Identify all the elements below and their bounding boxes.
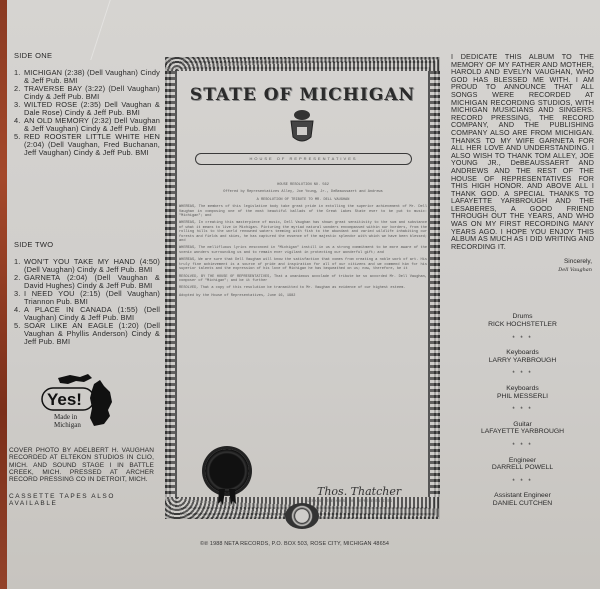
- track-text: SOAR LIKE AN EAGLE (1:20) (Dell Vaughan …: [24, 322, 160, 346]
- track-number: 4.: [14, 306, 24, 322]
- track-item: 4.A PLACE IN CANADA (1:55) (Dell Vaughan…: [14, 306, 160, 322]
- copyright-notice: ©℗ 1988 NETA RECORDS, P.O. BOX 503, ROSE…: [200, 541, 460, 547]
- state-coat-of-arms-icon: [285, 107, 319, 147]
- musician-role: Drums: [451, 313, 594, 321]
- track-number: 1.: [14, 258, 24, 274]
- track-number: 3.: [14, 101, 24, 117]
- separator: * * *: [451, 443, 594, 451]
- resolution-paragraph: WHEREAS, In creating this masterpiece of…: [179, 221, 427, 243]
- resolution-paragraph: RESOLVED, That a copy of this resolution…: [179, 286, 427, 290]
- track-item: 3.I NEED YOU (2:15) (Dell Vaughan) Trian…: [14, 290, 160, 306]
- musician-credits: Drums RICK HOCHSTETLER * * * Keyboards L…: [451, 313, 594, 507]
- clerk-signature: Thos. Thatcher: [317, 485, 401, 498]
- musician-name: LARRY YARBROUGH: [451, 357, 594, 365]
- track-text: I NEED YOU (2:15) (Dell Vaughan) Trianno…: [24, 290, 160, 306]
- liner-notes: I DEDICATE THIS ALBUM TO THE MEMORY OF M…: [451, 53, 594, 508]
- separator: * * *: [451, 336, 594, 344]
- track-item: 5.RED ROOSTER LITTLE WHITE HEN (2:04) (D…: [14, 133, 160, 157]
- musician-name: LAFAYETTE YARBROUGH: [451, 428, 594, 436]
- track-number: 4.: [14, 117, 24, 133]
- musician-credit: Drums RICK HOCHSTETLER: [451, 313, 594, 328]
- resolution-paragraph: RESOLVED, BY THE HOUSE OF REPRESENTATIVE…: [179, 275, 427, 284]
- track-text: AN OLD MEMORY (2:32) Dell Vaughan & Jeff…: [24, 117, 160, 133]
- separator: * * *: [451, 371, 594, 379]
- house-banner: HOUSE OF REPRESENTATIVES: [195, 153, 412, 165]
- musician-role: Engineer: [451, 457, 594, 465]
- resolution-heading: A RESOLUTION OF TRIBUTE TO MR. DELL VAUG…: [179, 198, 427, 202]
- musician-credit: Assistant Engineer DANIEL CUTCHEN: [451, 492, 594, 507]
- track-number: 5.: [14, 322, 24, 346]
- track-item: 1.MICHIGAN (2:38) (Dell Vaughan) Cindy &…: [14, 69, 160, 85]
- track-item: 1.WON'T YOU TAKE MY HAND (4:50) (Dell Va…: [14, 258, 160, 274]
- resolution-number: HOUSE RESOLUTION NO. 562: [179, 183, 427, 187]
- ornamental-border-right: [430, 71, 440, 497]
- resolution-paragraph: WHEREAS, The members of this legislative…: [179, 205, 427, 218]
- portrait-medallion-icon: [285, 503, 319, 529]
- clerk-title: CLERK OF THE HOUSE OF REPRESENTATIVES: [305, 500, 392, 504]
- official-seal-icon: [205, 449, 249, 493]
- cassette-note: CASSETTE TAPES ALSO AVAILABLE: [9, 493, 154, 507]
- separator: * * *: [451, 407, 594, 415]
- dedication-text: I DEDICATE THIS ALBUM TO THE MEMORY OF M…: [451, 53, 594, 250]
- track-text: RED ROOSTER LITTLE WHITE HEN (2:04) (Del…: [24, 133, 160, 157]
- musician-credit: Engineer DARRELL POWELL: [451, 457, 594, 472]
- musician-name: DANIEL CUTCHEN: [451, 500, 594, 508]
- side-two-tracks: 1.WON'T YOU TAKE MY HAND (4:50) (Dell Va…: [14, 258, 160, 346]
- certificate-title: STATE OF MICHIGAN: [185, 85, 420, 105]
- track-item: 4.AN OLD MEMORY (2:32) Dell Vaughan & Je…: [14, 117, 160, 133]
- ornamental-border-top: [165, 57, 440, 71]
- track-text: WON'T YOU TAKE MY HAND (4:50) (Dell Vaug…: [24, 258, 160, 274]
- side-two-title: SIDE TWO: [14, 241, 160, 249]
- musician-role: Assistant Engineer: [451, 492, 594, 500]
- side-one-tracks: 1.MICHIGAN (2:38) (Dell Vaughan) Cindy &…: [14, 69, 160, 157]
- resolution-paragraph: WHEREAS, The mellifluous lyrics ensconce…: [179, 246, 427, 255]
- track-text: WILTED ROSE (2:35) Dell Vaughan & Dale R…: [24, 101, 160, 117]
- track-listing: SIDE ONE 1.MICHIGAN (2:38) (Dell Vaughan…: [14, 52, 160, 346]
- musician-credit: Keyboards PHIL MESSERLI: [451, 385, 594, 400]
- seal-ribbon-icon: [217, 489, 237, 505]
- track-item: 3.WILTED ROSE (2:35) Dell Vaughan & Dale…: [14, 101, 160, 117]
- ornamental-border-left: [165, 71, 175, 497]
- track-text: A PLACE IN CANADA (1:55) (Dell Vaughan) …: [24, 306, 160, 322]
- resolution-paragraph: WHEREAS, We are sure that Dell Vaughan w…: [179, 258, 427, 271]
- track-item: 2.GARNETA (2:04) (Dell Vaughan & David H…: [14, 274, 160, 290]
- track-number: 5.: [14, 133, 24, 157]
- musician-role: Keyboards: [451, 349, 594, 357]
- michigan-text: Michigan: [54, 421, 81, 429]
- resolution-adopted: Adopted by the House of Representatives,…: [179, 294, 427, 298]
- resolution-sponsors: Offered by Representatives Alley, Joe Yo…: [179, 190, 427, 194]
- resolution-text: HOUSE RESOLUTION NO. 562 Offered by Repr…: [179, 183, 427, 301]
- musician-credit: Keyboards LARRY YARBROUGH: [451, 349, 594, 364]
- production-credits: COVER PHOTO BY ADELBERT H. VAUGHAN RECOR…: [9, 447, 154, 483]
- made-in-text: Made in: [54, 413, 78, 421]
- album-edge: [0, 0, 7, 589]
- musician-role: Keyboards: [451, 385, 594, 393]
- side-one-title: SIDE ONE: [14, 52, 160, 60]
- closing: Sincerely,: [451, 258, 592, 265]
- track-item: 5.SOAR LIKE AN EAGLE (1:20) (Dell Vaugha…: [14, 322, 160, 346]
- paper-crease: [90, 0, 140, 60]
- musician-name: PHIL MESSERLI: [451, 393, 594, 401]
- musician-name: DARRELL POWELL: [451, 464, 594, 472]
- track-number: 1.: [14, 69, 24, 85]
- yes-text: Yes!: [47, 390, 82, 409]
- artist-signature: Dell Vaughan: [451, 267, 592, 273]
- track-text: MICHIGAN (2:38) (Dell Vaughan) Cindy & J…: [24, 69, 160, 85]
- musician-role: Guitar: [451, 421, 594, 429]
- track-number: 2.: [14, 85, 24, 101]
- musician-name: RICK HOCHSTETLER: [451, 321, 594, 329]
- track-text: GARNETA (2:04) (Dell Vaughan & David Hug…: [24, 274, 160, 290]
- resolution-certificate: STATE OF MICHIGAN HOUSE OF REPRESENTATIV…: [165, 57, 440, 519]
- separator: * * *: [451, 479, 594, 487]
- track-item: 2.TRAVERSE BAY (3:22) (Dell Vaughan) Cin…: [14, 85, 160, 101]
- musician-credit: Guitar LAFAYETTE YARBROUGH: [451, 421, 594, 436]
- track-text: TRAVERSE BAY (3:22) (Dell Vaughan) Cindy…: [24, 85, 160, 101]
- track-number: 2.: [14, 274, 24, 290]
- made-in-michigan-logo: Yes! Made in Michigan: [40, 372, 120, 432]
- track-number: 3.: [14, 290, 24, 306]
